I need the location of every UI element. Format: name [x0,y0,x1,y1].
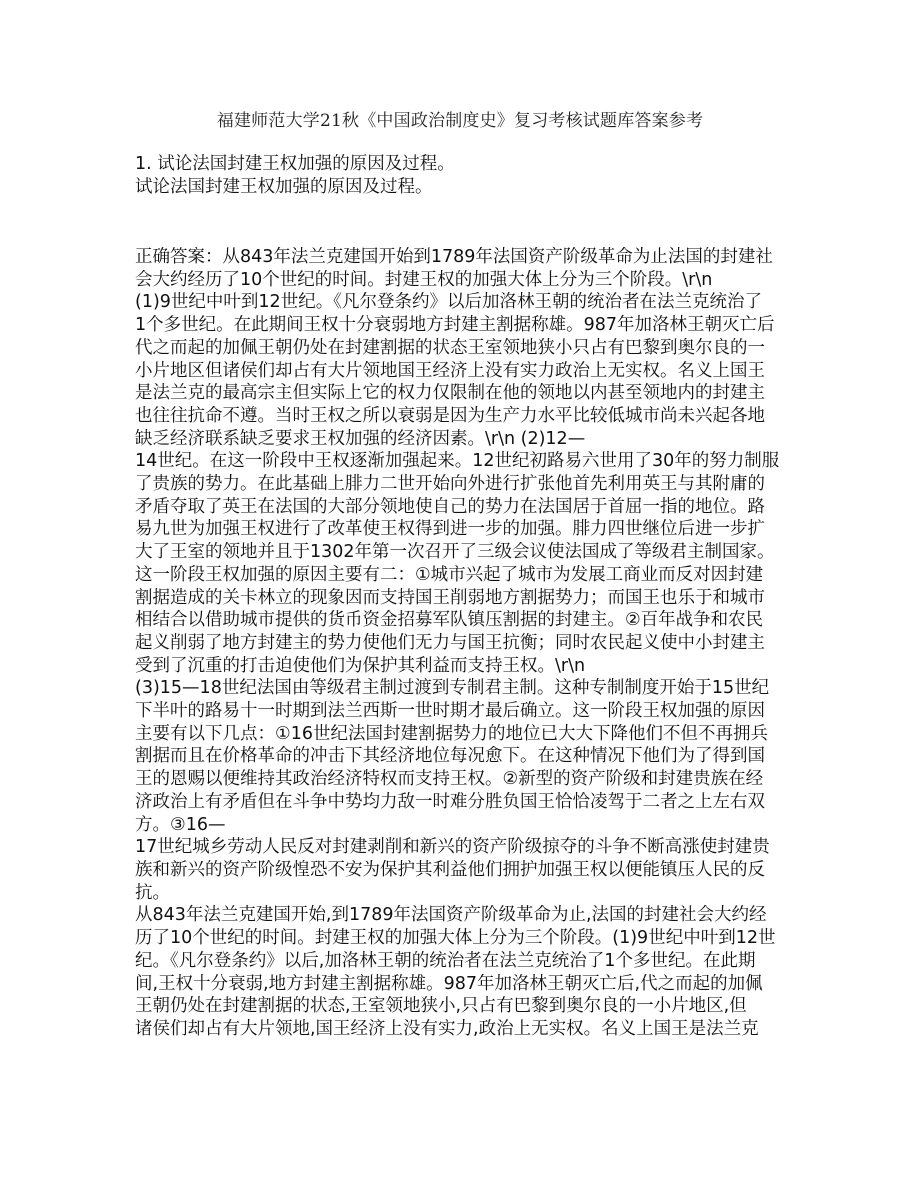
answer-line: 纪。《凡尔登条约》以后,加洛林王朝的统治者在法兰克统治了1个多世纪。在此期 [135,950,800,973]
answer-line: 是法兰克的最高宗主但实际上它的权力仅限制在他的领地以内甚至领地内的封建主 [135,382,800,405]
answer-line: 易九世为加强王权进行了改革使王权得到进一步的加强。腓力四世继位后进一步扩 [135,518,800,541]
answer-line: 济政治上有矛盾但在斗争中势均力敌一时难分胜负国王恰恰凌驾于二者之上左右双 [135,791,800,814]
answer-line: 会大约经历了10个世纪的时间。封建王权的加强大体上分为三个阶段。\r\n [135,269,800,292]
answer-line: 了贵族的势力。在此基础上腓力二世开始向外进行扩张他首先利用英王与其附庸的 [135,473,800,496]
answer-line: 缺乏经济联系缺乏要求王权加强的经济因素。\r\n (2)12— [135,428,800,451]
answer-line: 正确答案：从843年法兰克建国开始到1789年法国资产阶级革命为止法国的封建社 [135,246,800,269]
answer-line: 王朝仍处在封建割据的状态,王室领地狭小,只占有巴黎到奥尔良的一小片地区,但 [135,995,800,1018]
question-heading: 1. 试论法国封建王权加强的原因及过程。 [135,153,795,176]
answer-line: 小片地区但诸侯们却占有大片领地国王经济上没有实力政治上无实权。名义上国王 [135,360,800,383]
document-title: 福建师范大学21秋《中国政治制度史》复习考核试题库答案参考 [0,106,920,131]
answer-line: 抗。 [135,882,800,905]
answer-line: (1)9世纪中叶到12世纪。《凡尔登条约》以后加洛林王朝的统治者在法兰克统治了 [135,291,800,314]
answer-block: 正确答案：从843年法兰克建国开始到1789年法国资产阶级革命为止法国的封建社会… [135,246,800,1041]
answer-line: 王的恩赐以便维持其政治经济特权而支持王权。②新型的资产阶级和封建贵族在经 [135,768,800,791]
answer-line: 起义削弱了地方封建主的势力使他们无力与国王抗衡；同时农民起义使中小封建主 [135,632,800,655]
answer-line: 矛盾夺取了英王在法国的大部分领地使自己的势力在法国居于首屈一指的地位。路 [135,496,800,519]
answer-line: 1个多世纪。在此期间王权十分衰弱地方封建主割据称雄。987年加洛林王朝灭亡后 [135,314,800,337]
answer-line: 历了10个世纪的时间。封建王权的加强大体上分为三个阶段。(1)9世纪中叶到12世 [135,927,800,950]
answer-line: 大了王室的领地并且于1302年第一次召开了三级会议使法国成了等级君主制国家。 [135,541,800,564]
answer-line: 割据而且在价格革命的冲击下其经济地位每况愈下。在这种情况下他们为了得到国 [135,745,800,768]
answer-line: 方。③16— [135,814,800,837]
answer-line: 割据造成的关卡林立的现象因而支持国王削弱地方割据势力；而国王也乐于和城市 [135,587,800,610]
answer-line: 这一阶段王权加强的原因主要有二：①城市兴起了城市为发展工商业而反对因封建 [135,564,800,587]
answer-line: 主要有以下几点：①16世纪法国封建割据势力的地位已大大下降他们不但不再拥兵 [135,723,800,746]
answer-line: 受到了沉重的打击迫使他们为保护其利益而支持王权。\r\n [135,655,800,678]
document-page: 福建师范大学21秋《中国政治制度史》复习考核试题库答案参考 1. 试论法国封建王… [0,0,920,1191]
answer-line: 代之而起的加佩王朝仍处在封建割据的状态王室领地狭小只占有巴黎到奥尔良的一 [135,337,800,360]
answer-line: 14世纪。在这一阶段中王权逐渐加强起来。12世纪初路易六世用了30年的努力制服 [135,450,800,473]
answer-line: 诸侯们却占有大片领地,国王经济上没有实力,政治上无实权。名义上国王是法兰克 [135,1018,800,1041]
answer-line: 间,王权十分衰弱,地方封建主割据称雄。987年加洛林王朝灭亡后,代之而起的加佩 [135,973,800,996]
answer-line: 从843年法兰克建国开始,到1789年法国资产阶级革命为止,法国的封建社会大约经 [135,904,800,927]
answer-line: 也往往抗命不遵。当时王权之所以衰弱是因为生产力水平比较低城市尚未兴起各地 [135,405,800,428]
answer-line: 下半叶的路易十一时期到法兰西斯一世时期才最后确立。这一阶段王权加强的原因 [135,700,800,723]
answer-line: 17世纪城乡劳动人民反对封建剥削和新兴的资产阶级掠夺的斗争不断高涨使封建贵 [135,836,800,859]
question-prompt: 试论法国封建王权加强的原因及过程。 [135,176,795,199]
answer-line: 族和新兴的资产阶级惶恐不安为保护其利益他们拥护加强王权以便能镇压人民的反 [135,859,800,882]
answer-line: (3)15—18世纪法国由等级君主制过渡到专制君主制。这种专制制度开始于15世纪 [135,677,800,700]
question-block: 1. 试论法国封建王权加强的原因及过程。 试论法国封建王权加强的原因及过程。 [135,153,795,198]
answer-line: 相结合以借助城市提供的货币资金招募军队镇压割据的封建主。②百年战争和农民 [135,609,800,632]
